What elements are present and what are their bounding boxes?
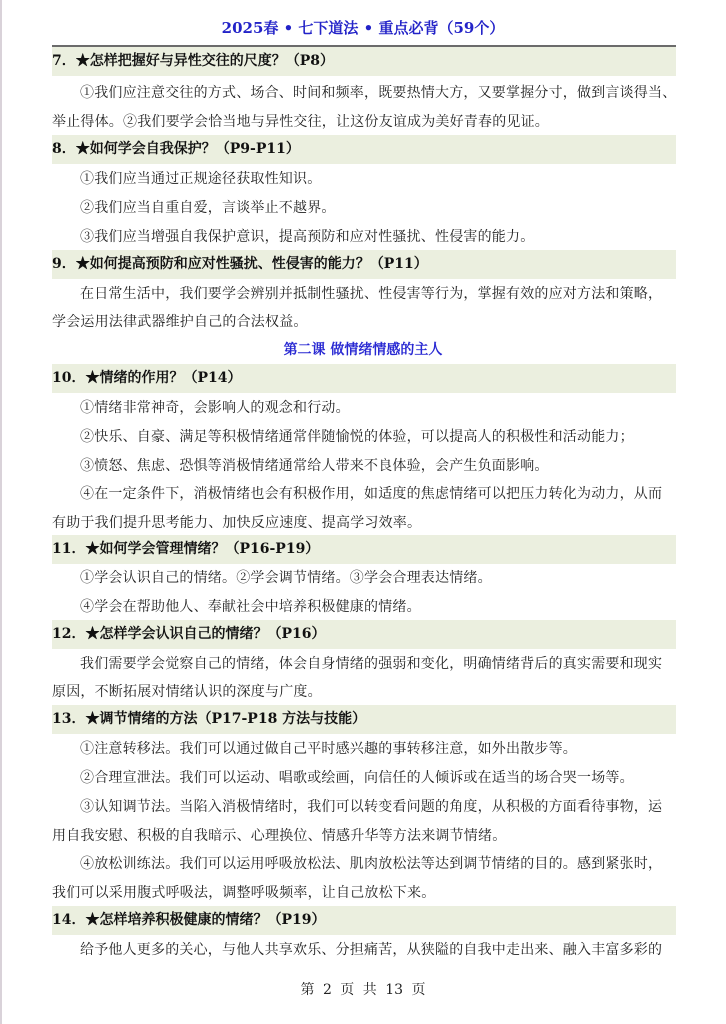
answer-line: ①我们应注意交往的方式、场合、时间和频率，既要热情大方，又要掌握分寸，做到言谈得… bbox=[52, 81, 676, 105]
answer-line: 给予他人更多的关心，与他人共享欢乐、分担痛苦，从狭隘的自我中走出来、融入丰富多彩… bbox=[52, 938, 676, 962]
answer-line: ④放松训练法。我们可以运用呼吸放松法、肌肉放松法等达到调节情绪的目的。感到紧张时… bbox=[52, 852, 676, 876]
answer-line: 举止得体。②我们要学会恰当地与异性交往，让这份友谊成为美好青春的见证。 bbox=[52, 110, 676, 134]
question-heading-band: 13．★调节情绪的方法（P17-P18 方法与技能） bbox=[52, 705, 676, 734]
question-heading-band: 11．★如何学会管理情绪？（P16-P19） bbox=[52, 535, 676, 564]
answer-line: ②我们应当自重自爱，言谈举止不越界。 bbox=[52, 196, 676, 220]
answer-line: ①情绪非常神奇，会影响人的观念和行动。 bbox=[52, 396, 676, 420]
answer-line: ①注意转移法。我们可以通过做自己平时感兴趣的事转移注意，如外出散步等。 bbox=[52, 737, 676, 761]
answer-line: ④在一定条件下，消极情绪也会有积极作用，如适度的焦虑情绪可以把压力转化为动力，从… bbox=[52, 482, 676, 506]
answer-line: 有助于我们提升思考能力、加快反应速度、提高学习效率。 bbox=[52, 511, 676, 535]
page-footer: 第 2 页 共 13 页 bbox=[0, 978, 726, 1002]
question-heading: 11．★如何学会管理情绪？（P16-P19） bbox=[52, 535, 319, 564]
question-heading: 12．★怎样学会认识自己的情绪？（P16） bbox=[52, 620, 326, 649]
page-left-edge bbox=[0, 0, 2, 1024]
answer-line: ②快乐、自豪、满足等积极情绪通常伴随愉悦的体验，可以提高人的积极性和活动能力； bbox=[52, 425, 676, 449]
question-heading-band: 9．★如何提高预防和应对性骚扰、性侵害的能力？（P11） bbox=[52, 250, 676, 279]
answer-line: 用自我安慰、积极的自我暗示、心理换位、情感升华等方法来调节情绪。 bbox=[52, 824, 676, 848]
question-heading-band: 14．★怎样培养积极健康的情绪？（P19） bbox=[52, 906, 676, 935]
question-heading-band: 10．★情绪的作用？（P14） bbox=[52, 364, 676, 393]
answer-line: 我们可以采用腹式呼吸法，调整呼吸频率，让自己放松下来。 bbox=[52, 881, 676, 905]
answer-line: ③我们应当增强自我保护意识，提高预防和应对性骚扰、性侵害的能力。 bbox=[52, 225, 676, 249]
question-heading-band: 8．★如何学会自我保护？（P9-P11） bbox=[52, 135, 676, 164]
answer-line: 在日常生活中，我们要学会辨别并抵制性骚扰、性侵害等行为，掌握有效的应对方法和策略… bbox=[52, 282, 676, 306]
document-title: 2025春 • 七下道法 • 重点必背（59个） bbox=[0, 16, 726, 40]
question-heading: 8．★如何学会自我保护？（P9-P11） bbox=[52, 135, 300, 164]
section-title: 第二课 做情绪情感的主人 bbox=[0, 338, 726, 362]
question-heading-band: 7．★怎样把握好与异性交往的尺度？（P8） bbox=[52, 47, 676, 76]
answer-line: 我们需要学会觉察自己的情绪，体会自身情绪的强弱和变化，明确情绪背后的真实需要和现… bbox=[52, 652, 676, 676]
question-heading: 10．★情绪的作用？（P14） bbox=[52, 364, 242, 393]
answer-line: 学会运用法律武器维护自己的合法权益。 bbox=[52, 310, 676, 334]
answer-line: ②合理宣泄法。我们可以运动、唱歌或绘画，向信任的人倾诉或在适当的场合哭一场等。 bbox=[52, 766, 676, 790]
question-heading: 9．★如何提高预防和应对性骚扰、性侵害的能力？（P11） bbox=[52, 250, 428, 279]
answer-line: 原因，不断拓展对情绪认识的深度与广度。 bbox=[52, 680, 676, 704]
answer-line: ③认知调节法。当陷入消极情绪时，我们可以转变看问题的角度，从积极的方面看待事物，… bbox=[52, 795, 676, 819]
question-heading: 7．★怎样把握好与异性交往的尺度？（P8） bbox=[52, 47, 334, 76]
answer-line: ①学会认识自己的情绪。②学会调节情绪。③学会合理表达情绪。 bbox=[52, 566, 676, 590]
question-heading-band: 12．★怎样学会认识自己的情绪？（P16） bbox=[52, 620, 676, 649]
answer-line: ③愤怒、焦虑、恐惧等消极情绪通常给人带来不良体验，会产生负面影响。 bbox=[52, 454, 676, 478]
answer-line: ④学会在帮助他人、奉献社会中培养积极健康的情绪。 bbox=[52, 595, 676, 619]
answer-line: ①我们应当通过正规途径获取性知识。 bbox=[52, 167, 676, 191]
question-heading: 13．★调节情绪的方法（P17-P18 方法与技能） bbox=[52, 705, 366, 734]
question-heading: 14．★怎样培养积极健康的情绪？（P19） bbox=[52, 906, 326, 935]
